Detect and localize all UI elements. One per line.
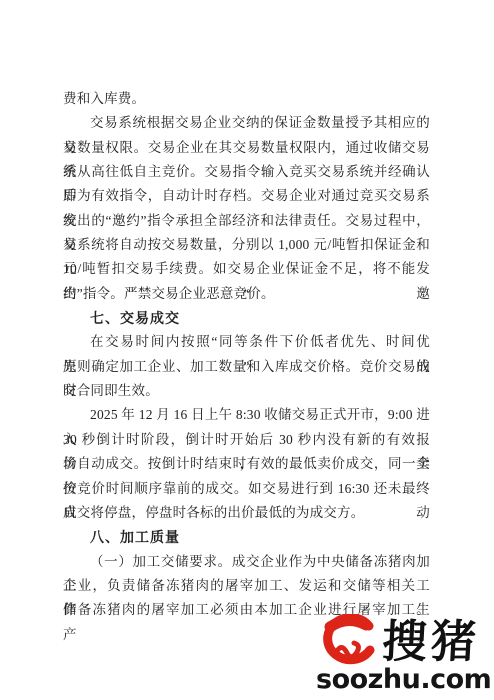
- document-line: 元/吨暂扣交易手续费。如交易企业保证金不足，将不能发出“邀: [63, 257, 430, 281]
- document-line: 易数量权限。交易企业在其交易数量权限内，通过收储交易系: [63, 136, 430, 160]
- document-line: 原则确定加工企业、加工数量和入库成交价格。竞价交易成交: [63, 355, 430, 379]
- document-line: 统从高往低自主竞价。交易指令输入竞买交易系统并经确认后: [63, 160, 430, 184]
- brand-row: 搜猪: [316, 613, 492, 671]
- document-line: 易系统将自动按交易数量，分别以 1,000 元/吨暂扣保证金和 10: [63, 233, 430, 257]
- document-line: 企业，负责储备冻猪肉的屠宰加工、发运和交储等相关工作。: [63, 574, 430, 598]
- document-line: 在交易时间内按照“同等条件下价低者优先、时间优先”的: [63, 330, 430, 354]
- document-line: 即为有效指令，自动计时存档。交易企业对通过竞买交易系统: [63, 184, 430, 208]
- document-line: 按竞价时间顺序靠前的成交。如交易进行到 16:30 还未最终自动: [63, 477, 430, 501]
- pig-brush-circle-icon: [316, 614, 380, 670]
- soozhu-watermark: 搜猪 soozhu.com: [316, 613, 492, 695]
- document-line: （一）加工交储要求。成交企业作为中央储备冻猪肉加工: [63, 550, 430, 574]
- document-line: 费和入库费。: [63, 87, 430, 111]
- section-heading: 七、交易成交: [63, 306, 430, 330]
- document-line: 发出的“邀约”指令承担全部经济和法律责任。交易过程中，交: [63, 209, 430, 233]
- section-heading: 八、加工质量: [63, 525, 430, 549]
- document-line: 时合同即生效。: [63, 379, 430, 403]
- document-line: 2025 年 12 月 16 日上午 8:30 收储交易正式开市，9:00 进入: [63, 403, 430, 427]
- document-page: 费和入库费。交易系统根据交易企业交纳的保证金数量授予其相应的交易数量权限。交易企…: [0, 0, 494, 700]
- document-line: 场自动成交。按倒计时结束时有效的最低卖价成交，同一卖价: [63, 452, 430, 476]
- document-text: 费和入库费。交易系统根据交易企业交纳的保证金数量授予其相应的交易数量权限。交易企…: [63, 87, 430, 623]
- document-line: 30 秒倒计时阶段，倒计时开始后 30 秒内没有新的有效报价，全: [63, 428, 430, 452]
- document-line: 交易系统根据交易企业交纳的保证金数量授予其相应的交: [63, 111, 430, 135]
- brand-calligraphy: 搜猪: [381, 615, 482, 669]
